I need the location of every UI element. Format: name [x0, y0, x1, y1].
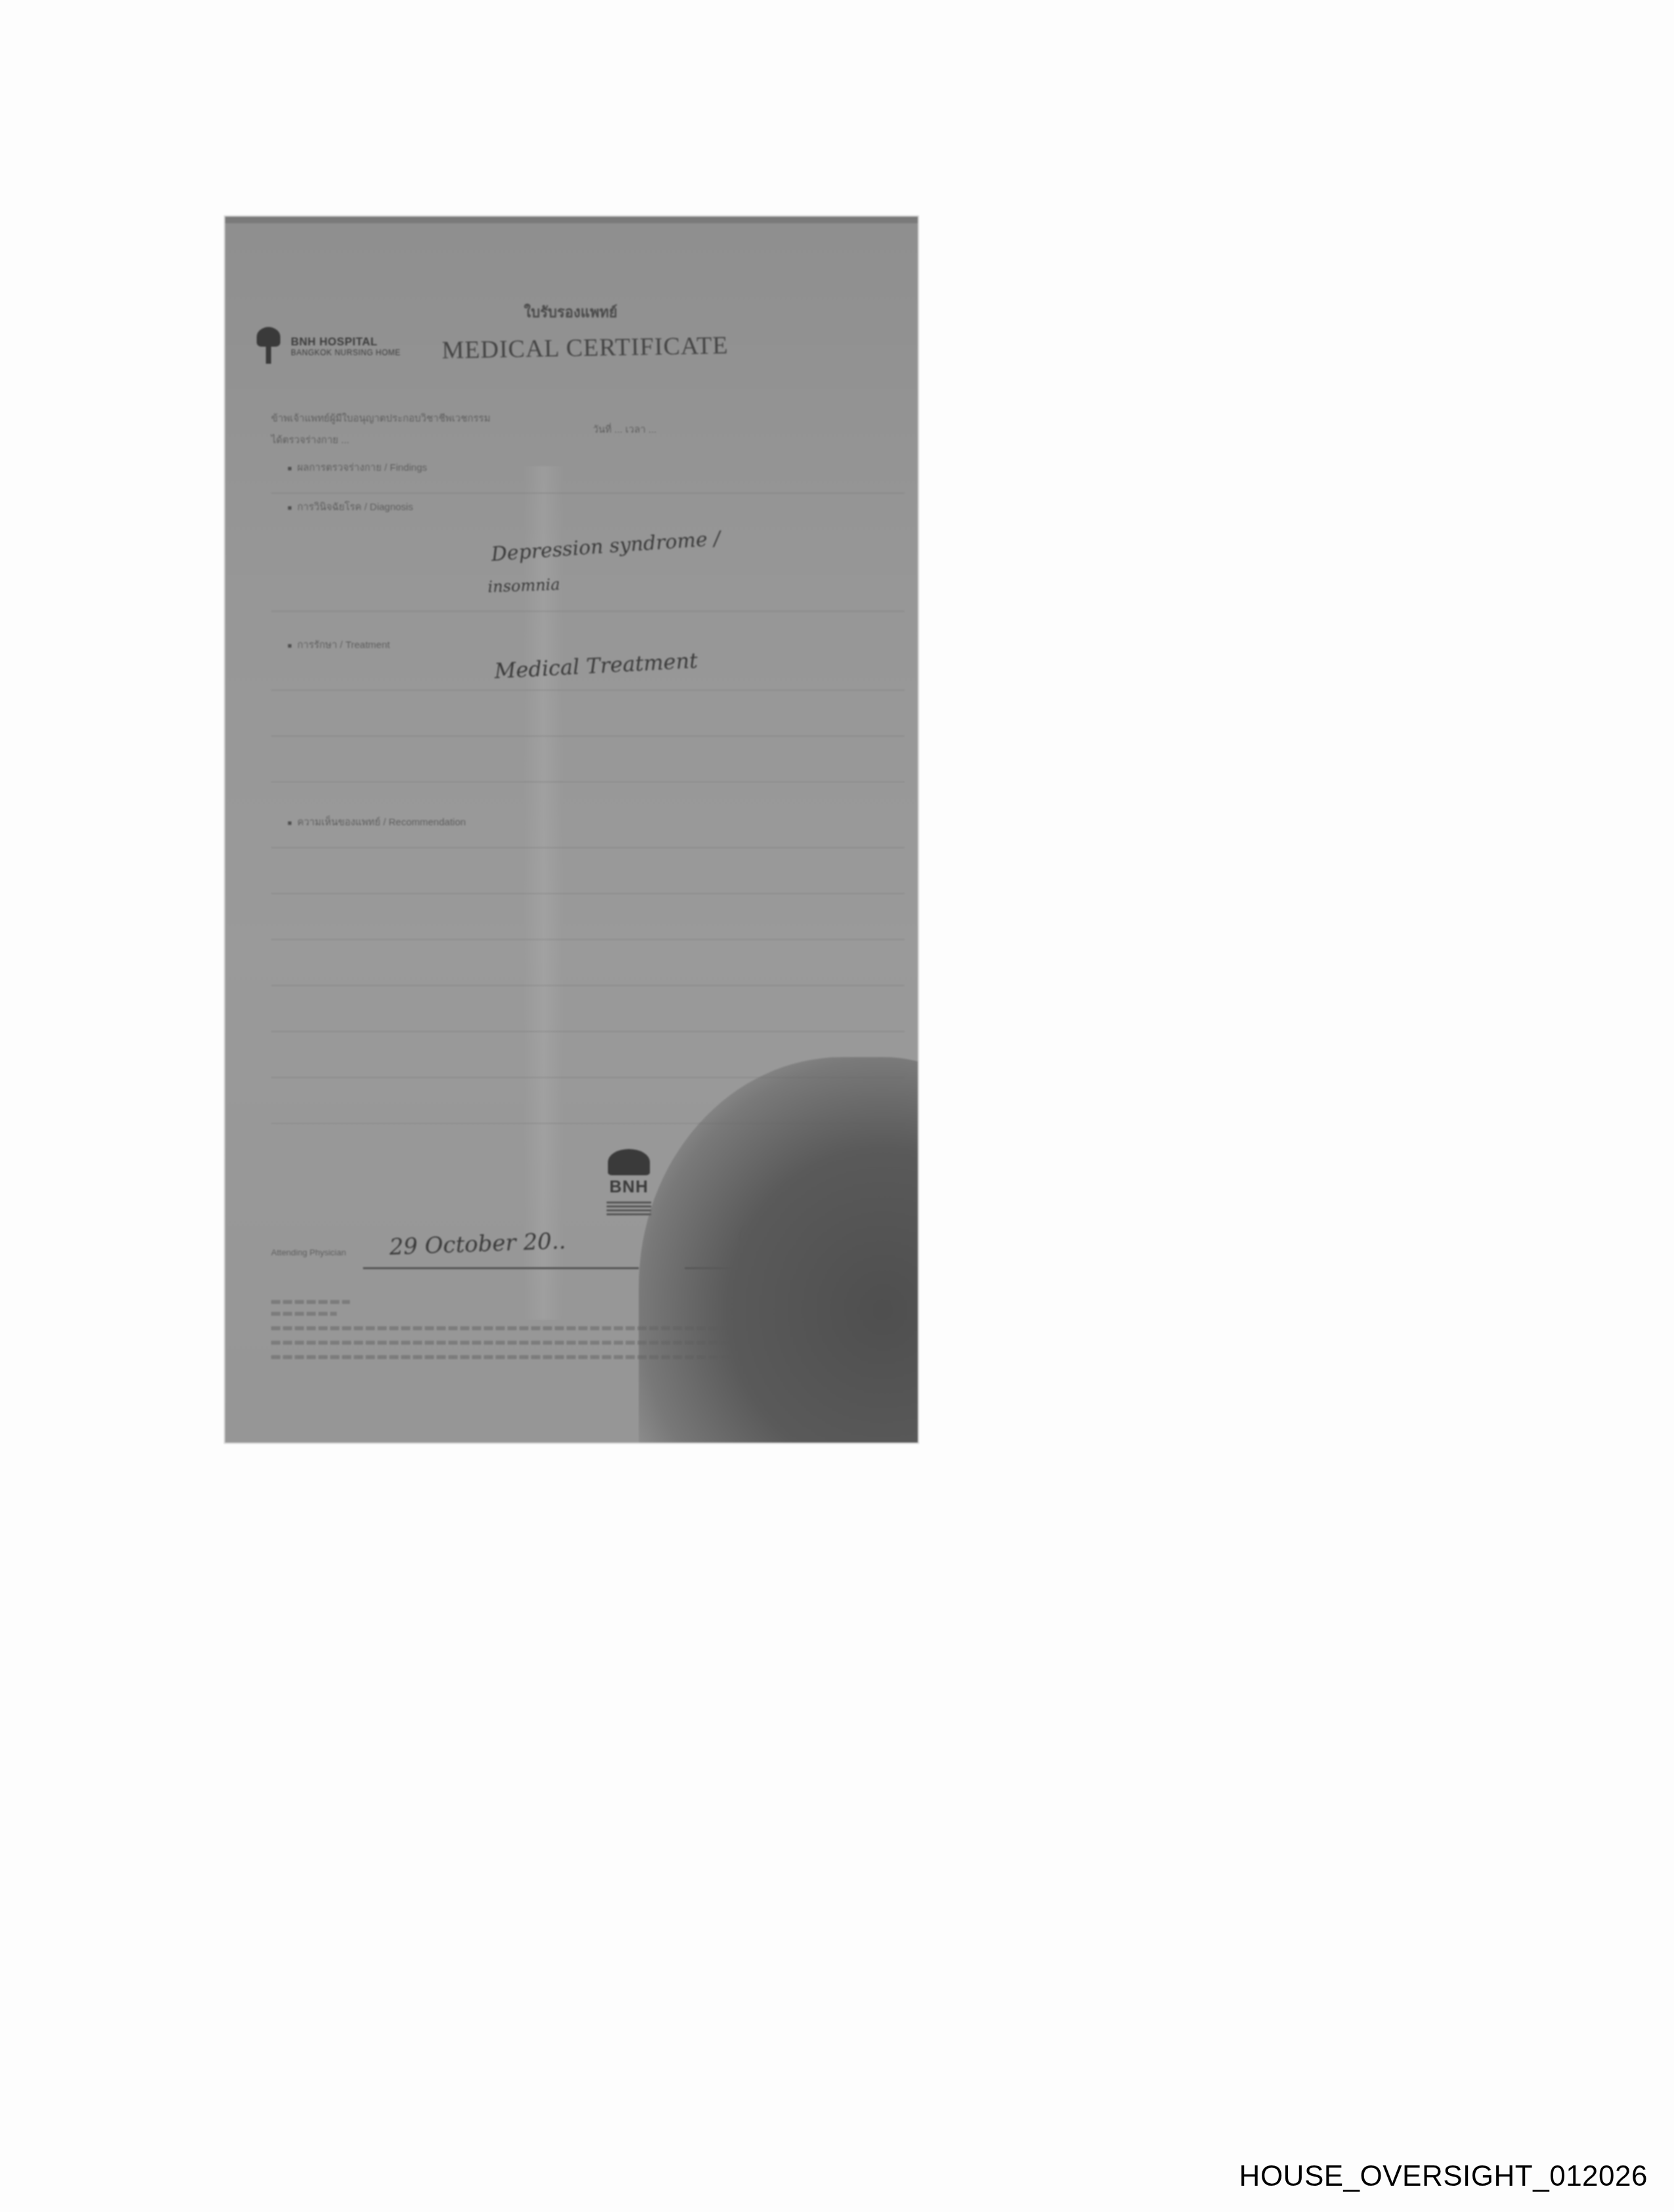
- form-line: [271, 939, 905, 940]
- form-line: [271, 611, 905, 612]
- form-line: [271, 781, 905, 783]
- certificate-title: MEDICAL CERTIFICATE: [442, 331, 729, 365]
- form-line: [271, 893, 905, 894]
- form-line: [271, 1031, 905, 1032]
- form-line: [271, 735, 905, 737]
- tree-logo-icon: [608, 1149, 650, 1175]
- section-recommendation-label: ความเห็นของแพทย์ / Recommendation: [288, 814, 466, 830]
- thai-title: ใบรับรองแพทย์: [524, 301, 617, 324]
- bates-number: HOUSE_OVERSIGHT_012026: [1239, 2160, 1648, 2193]
- section-diagnosis-label: การวินิจฉัยโรค / Diagnosis: [288, 499, 413, 515]
- date-line: [363, 1267, 639, 1269]
- fine-print: [271, 1312, 337, 1316]
- section-treatment-label: การรักษา / Treatment: [288, 637, 390, 653]
- diagnosis-handwriting-2: insomnia: [488, 575, 561, 596]
- form-line: [271, 847, 905, 848]
- form-line: [271, 689, 905, 691]
- form-line: [271, 492, 905, 494]
- fine-print: [271, 1300, 350, 1304]
- printed-date-line: วันที่ ... เวลา ...: [593, 422, 656, 437]
- hospital-name: BNH HOSPITAL BANGKOK NURSING HOME: [291, 336, 409, 357]
- printed-line: ข้าพเจ้าแพทย์ผู้มีใบอนุญาตประกอบวิชาชีพเ…: [271, 410, 490, 426]
- printed-line: ได้ตรวจร่างกาย ...: [271, 432, 349, 448]
- hospital-logo: BNH HOSPITAL BANGKOK NURSING HOME: [253, 327, 409, 366]
- form-line: [271, 985, 905, 986]
- tree-logo-icon: [253, 327, 284, 366]
- photo-top-edge: [225, 217, 918, 223]
- certificate-photo: BNH HOSPITAL BANGKOK NURSING HOME ใบรับร…: [225, 217, 918, 1442]
- section-findings-label: ผลการตรวจร่างกาย / Findings: [288, 460, 427, 475]
- physician-label: Attending Physician: [271, 1247, 346, 1257]
- photo-shadow: [639, 1057, 918, 1442]
- bnh-seal-logo: BNH: [603, 1149, 655, 1228]
